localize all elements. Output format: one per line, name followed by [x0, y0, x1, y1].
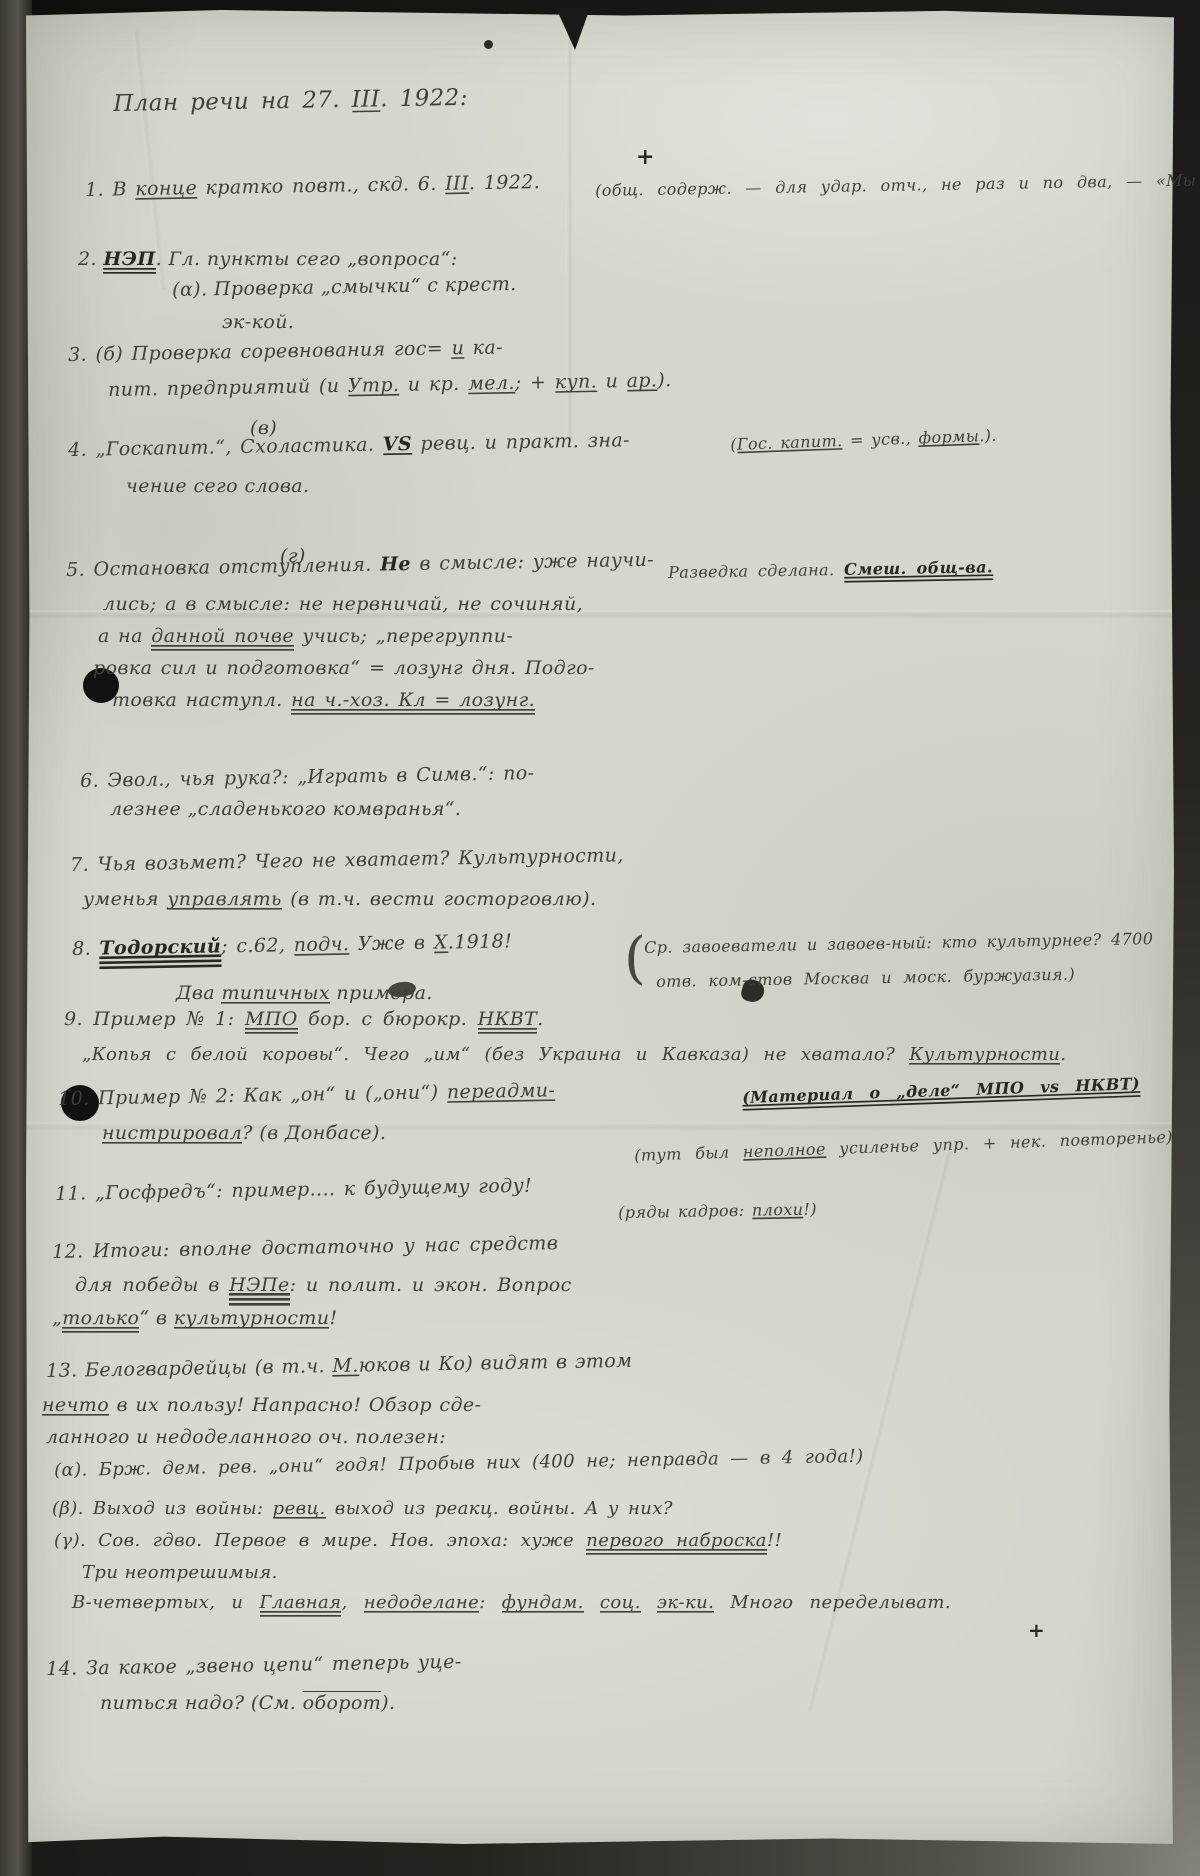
text-segment: III: [351, 86, 380, 113]
text-segment: +: [636, 144, 655, 171]
item-2a2: эк-кой.: [222, 313, 294, 333]
plus-mark-2: +: [1028, 1620, 1045, 1641]
text-segment: 10. Пример № 2: Как „он“ и („они“): [58, 1081, 447, 1111]
text-segment: только: [62, 1307, 139, 1333]
text-segment: неполное: [742, 1139, 826, 1162]
text-segment: Утр.: [348, 374, 400, 398]
text-segment: и: [451, 337, 464, 360]
text-segment: чение сего слова.: [126, 475, 309, 498]
text-segment: 6. Эвол., чья рука?: „Играть в Симв.“: п…: [80, 762, 535, 793]
item-5e: товка наступл. на ч.-хоз. Кл = лозунг.: [112, 691, 535, 711]
text-segment: недоделане: [364, 1592, 480, 1614]
text-segment: Много переделыват.: [714, 1592, 951, 1614]
text-segment: ).: [381, 1692, 395, 1715]
text-segment: X: [434, 931, 448, 954]
text-segment: 4. „Госкапит.“, Схоластика.: [68, 434, 383, 462]
title-line: План речи на 27. III. 1922:: [113, 86, 468, 116]
text-segment: нистрировал: [102, 1122, 242, 1145]
text-segment: “ в: [139, 1307, 173, 1330]
text-segment: Гос. капит.: [737, 431, 843, 455]
text-segment: 9. Пример № 1:: [64, 1008, 245, 1031]
text-segment: Главная: [260, 1592, 342, 1617]
text-segment: М.: [332, 1355, 359, 1378]
text-segment: Разведка сделана.: [668, 560, 844, 583]
item-7b: уменья управлять (в т.ч. вести госторгов…: [83, 890, 596, 910]
text-segment: бор. с бюрокр.: [298, 1008, 478, 1031]
item-10b: нистрировал? (в Донбасе).: [102, 1124, 386, 1144]
text-segment: управлять: [167, 888, 281, 911]
text-segment: (Материал о „деле“ МПО vs НКВТ): [742, 1074, 1140, 1111]
text-segment: (тут был: [634, 1142, 743, 1166]
text-segment: выход из реакц. войны. А у них?: [326, 1498, 673, 1520]
item-9b: „Копья с белой коровы“. Чего „им“ (без У…: [82, 1046, 1066, 1065]
text-segment: [584, 1592, 600, 1614]
text-segment: .: [1060, 1044, 1066, 1066]
text-segment: [641, 1592, 657, 1614]
text-segment: ? (в Донбасе).: [242, 1122, 386, 1145]
item-14: 14. За какое „звено цепи“ теперь уце-: [46, 1653, 462, 1680]
margin-note-5: Разведка сделана. Смеш. общ-ва.: [668, 559, 993, 581]
text-segment: 13. Белогвардейцы (в т.ч.: [46, 1355, 333, 1383]
text-segment: плохи: [752, 1200, 804, 1221]
text-segment: Тодорский: [99, 935, 221, 969]
text-segment: 11. „Госфредъ“: пример.... к будущему го…: [55, 1175, 532, 1206]
margin-note-4: (Гос. капит. = усв., формы.).: [730, 428, 997, 454]
item-2a: (α). Проверка „смычки“ с крест.: [172, 275, 517, 301]
text-segment: отв. ком-стов Москва и моск. буржуазия.): [656, 965, 1075, 992]
text-segment: = усв.,: [842, 428, 919, 451]
text-segment: подч.: [294, 933, 350, 957]
text-segment: первого наброска: [586, 1530, 767, 1555]
text-segment: (ряды кадров:: [618, 1201, 752, 1223]
text-segment: а на: [98, 625, 151, 648]
text-segment: культурности: [174, 1307, 330, 1330]
text-segment: и кр.: [399, 373, 468, 397]
text-segment: (: [624, 926, 646, 992]
text-segment: !): [803, 1200, 817, 1220]
item-10: 10. Пример № 2: Как „он“ и („они“) переа…: [58, 1081, 555, 1110]
item-13-three: Три неотрешимыя.: [82, 1564, 278, 1583]
text-segment: В-четвертых, и: [72, 1592, 260, 1614]
text-segment: куп.: [555, 370, 598, 394]
text-segment: НЭП: [103, 248, 155, 274]
item-3: 3. (б) Проверка соревнования гос= и ка-: [68, 338, 503, 366]
text-segment: оборот: [303, 1692, 382, 1715]
text-segment: . 1922:: [380, 85, 468, 114]
text-segment: III: [445, 172, 469, 195]
text-segment: ка-: [464, 336, 503, 360]
item-5: 5. Остановка отступления. Не в смысле: у…: [66, 551, 654, 581]
margin-note-8b: отв. ком-стов Москва и моск. буржуазия.): [656, 967, 1075, 991]
margin-note-1: (общ. содерж. — для удар. отч., не раз и…: [595, 171, 1200, 200]
item-13-alpha: (α). Брж. дем. рев. „они“ годя! Пробыв н…: [54, 1448, 864, 1481]
text-segment: Смеш. общ-ва.: [844, 557, 993, 583]
text-segment: 8.: [72, 938, 100, 961]
text-segment: юков и Ко) видят в этом: [359, 1350, 633, 1378]
text-segment: ревц. и практ. зна-: [412, 429, 630, 456]
text-segment: 5. Остановка отступления.: [66, 554, 380, 582]
text-segment: ).: [657, 369, 672, 392]
photo-of-manuscript: { "document": { "title": "План речи на 2…: [0, 0, 1200, 1876]
text-segment: для победы в: [75, 1274, 229, 1297]
text-segment: фундам.: [502, 1592, 584, 1614]
item-12b: для победы в НЭПе: и полит. и экон. Вопр…: [75, 1276, 572, 1296]
margin-brace-8: (: [624, 930, 646, 989]
text-segment: VS: [383, 433, 413, 457]
plus-mark-1: +: [636, 146, 655, 169]
margin-note-10b: (тут был неполное усиленье упр. + нек. п…: [634, 1129, 1173, 1165]
item-1: 1. В конце кратко повт., скд. 6. III. 19…: [85, 173, 540, 201]
text-segment: пит. предприятий (и: [108, 375, 348, 402]
text-segment: (β). Выход из войны:: [52, 1498, 273, 1520]
text-segment: 14. За какое „звено цепи“ теперь уце-: [46, 1651, 462, 1681]
item-13-fourth: В-четвертых, и Главная, недоделане: фунд…: [72, 1594, 951, 1613]
text-segment: кратко повт., скд. 6.: [197, 173, 445, 200]
text-segment: +: [1028, 1618, 1045, 1643]
text-segment: :: [479, 1592, 502, 1614]
text-segment: соц.: [600, 1592, 641, 1614]
text-segment: примера.: [330, 982, 433, 1005]
text-segment: данной почве: [151, 625, 294, 651]
item-5d: ровка сил и подготовка“ = лозунг дня. По…: [93, 659, 595, 679]
item-13-gamma: (γ). Сов. гдво. Первое в мире. Нов. эпох…: [54, 1532, 782, 1551]
text-segment: эк-кой.: [222, 311, 294, 334]
handwriting-layer: План речи на 27. III. 1922:+1. В конце к…: [0, 0, 1200, 1876]
text-segment: ревц.: [273, 1498, 326, 1520]
text-segment: . Гл. пункты сего „вопроса“:: [156, 248, 458, 271]
text-segment: НКВТ: [478, 1008, 538, 1034]
text-segment: Не: [380, 553, 411, 577]
text-segment: мел.: [468, 372, 515, 396]
text-segment: Ср. завоеватели и завоев-ный: кто культу…: [644, 929, 1154, 958]
text-segment: нечто: [42, 1394, 109, 1417]
item-3b: пит. предприятий (и Утр. и кр. мел.; + к…: [108, 371, 672, 401]
item-14b: питься надо? (См. оборот).: [100, 1694, 395, 1714]
text-segment: лись; а в смысле: не нервничай, не сочин…: [103, 593, 583, 616]
text-segment: . 1922.: [469, 171, 541, 195]
text-segment: ; +: [515, 371, 555, 395]
margin-note-10: (Материал о „деле“ МПО vs НКВТ): [742, 1076, 1140, 1107]
text-segment: МПО: [245, 1008, 298, 1034]
margin-note-11: (ряды кадров: плохи!): [618, 1202, 817, 1222]
text-segment: ; с.62,: [221, 934, 294, 958]
text-segment: питься надо? (См.: [100, 1692, 303, 1715]
text-segment: НЭПе: [229, 1274, 290, 1306]
text-segment: .).: [979, 426, 997, 447]
text-segment: 3. (б) Проверка соревнования гос=: [68, 337, 452, 367]
text-segment: ланного и недоделанного оч. полезен:: [46, 1426, 446, 1449]
text-segment: Уже в: [349, 932, 434, 956]
text-segment: эк-ки.: [657, 1592, 714, 1614]
text-segment: 12. Итоги: вполне достаточно у нас средс…: [52, 1232, 558, 1264]
text-segment: в их пользу! Напрасно! Обзор сде-: [109, 1394, 481, 1417]
item-2: 2. НЭП. Гл. пункты сего „вопроса“:: [78, 250, 458, 270]
margin-note-8a: Ср. завоеватели и завоев-ный: кто культу…: [644, 931, 1153, 957]
item-4b: чение сего слова.: [126, 477, 309, 497]
item-12: 12. Итоги: вполне достаточно у нас средс…: [52, 1234, 558, 1263]
text-segment: (γ). Сов. гдво. Первое в мире. Нов. эпох…: [54, 1530, 586, 1552]
item-13c: ланного и недоделанного оч. полезен:: [46, 1428, 446, 1448]
item-5b: лись; а в смысле: не нервничай, не сочин…: [103, 595, 583, 615]
text-segment: .: [537, 1008, 543, 1031]
text-segment: Два: [176, 982, 221, 1005]
item-6: 6. Эвол., чья рука?: „Играть в Симв.“: п…: [80, 764, 535, 792]
item-4: 4. „Госкапит.“, Схоластика. VS ревц. и п…: [68, 431, 630, 461]
text-segment: „: [52, 1307, 62, 1330]
text-segment: на ч.-хоз. Кл = лозунг.: [291, 689, 535, 715]
text-segment: .1918!: [448, 930, 513, 954]
text-segment: формы: [918, 426, 979, 448]
text-segment: Культурности: [909, 1044, 1060, 1066]
text-segment: учись; „перегруппи-: [294, 625, 513, 648]
text-segment: !: [329, 1307, 337, 1330]
item-8: 8. Тодорский; с.62, подч. Уже в X.1918!: [72, 932, 512, 960]
text-segment: типичных: [221, 982, 329, 1005]
text-segment: ровка сил и подготовка“ = лозунг дня. По…: [93, 657, 595, 680]
text-segment: 2.: [78, 248, 103, 271]
text-segment: ар.: [626, 369, 657, 393]
text-segment: ,: [341, 1592, 363, 1614]
text-segment: и: [597, 370, 627, 394]
text-segment: (общ. содерж. — для удар. отч., не раз и…: [595, 169, 1200, 201]
text-segment: конце: [135, 177, 197, 201]
text-segment: Три неотрешимыя.: [82, 1562, 278, 1584]
text-segment: переадми-: [447, 1079, 556, 1104]
text-segment: (α). Брж. дем. рев. „они“ годя! Пробыв н…: [54, 1446, 864, 1482]
text-segment: (в т.ч. вести госторговлю).: [282, 888, 597, 911]
text-segment: 1. В: [85, 178, 136, 202]
item-7: 7. Чья возьмет? Чего не хватает? Культур…: [70, 846, 624, 876]
text-segment: План речи на 27.: [113, 87, 352, 118]
item-9: 9. Пример № 1: МПО бор. с бюрокр. НКВТ.: [64, 1010, 544, 1030]
item-12c: „только“ в культурности!: [52, 1309, 338, 1329]
item-5c: а на данной почве учись; „перегруппи-: [98, 627, 513, 647]
text-segment: „Копья с белой коровы“. Чего „им“ (без У…: [82, 1044, 909, 1066]
item-13: 13. Белогвардейцы (в т.ч. М.юков и Ко) в…: [46, 1352, 632, 1382]
text-segment: товка наступл.: [112, 689, 291, 712]
text-segment: в смысле: уже научи-: [411, 549, 654, 576]
text-segment: 7. Чья возьмет? Чего не хватает? Культур…: [70, 844, 624, 877]
item-8c: Два типичных примера.: [176, 984, 433, 1004]
item-6b: лезнее „сладенького комвранья“.: [110, 800, 461, 820]
text-segment: усиленье упр. + нек. повторенье): [825, 1127, 1173, 1159]
text-segment: !!: [767, 1530, 782, 1552]
item-13-beta: (β). Выход из войны: ревц. выход из реак…: [52, 1500, 673, 1519]
text-segment: : и полит. и экон. Вопрос: [290, 1274, 572, 1297]
item-13b: нечто в их пользу! Напрасно! Обзор сде-: [42, 1396, 481, 1416]
text-segment: лезнее „сладенького комвранья“.: [110, 798, 461, 821]
text-segment: уменья: [83, 888, 167, 911]
item-11: 11. „Госфредъ“: пример.... к будущему го…: [55, 1177, 532, 1205]
text-segment: (α). Проверка „смычки“ с крест.: [172, 273, 517, 302]
